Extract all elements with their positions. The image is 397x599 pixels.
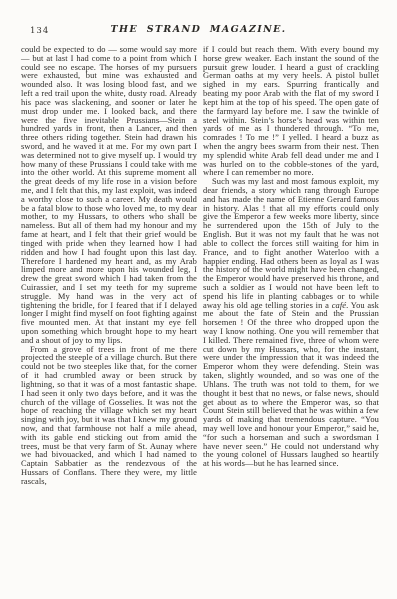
magazine-page: 134 THE STRAND MAGAZINE. could be expect…	[0, 0, 397, 599]
paragraph-text: . You ask me about the fate of Stein and…	[203, 300, 379, 469]
paragraph: From a grove of trees in front of me the…	[21, 345, 197, 486]
paragraph-text: Such was my last and most famous exploit…	[203, 176, 379, 309]
paragraph-continuation: if I could but reach them. With every bo…	[203, 45, 379, 177]
paragraph-continuation: could be expected to do — some would say…	[21, 45, 197, 345]
right-column: if I could but reach them. With every bo…	[203, 45, 379, 486]
left-column: could be expected to do — some would say…	[21, 45, 197, 486]
magazine-title: THE STRAND MAGAZINE.	[0, 24, 397, 35]
page-number: 134	[30, 26, 49, 36]
paragraph: Such was my last and most famous exploit…	[203, 177, 379, 468]
running-header: 134 THE STRAND MAGAZINE.	[0, 24, 397, 36]
text-columns: could be expected to do — some would say…	[21, 45, 379, 486]
